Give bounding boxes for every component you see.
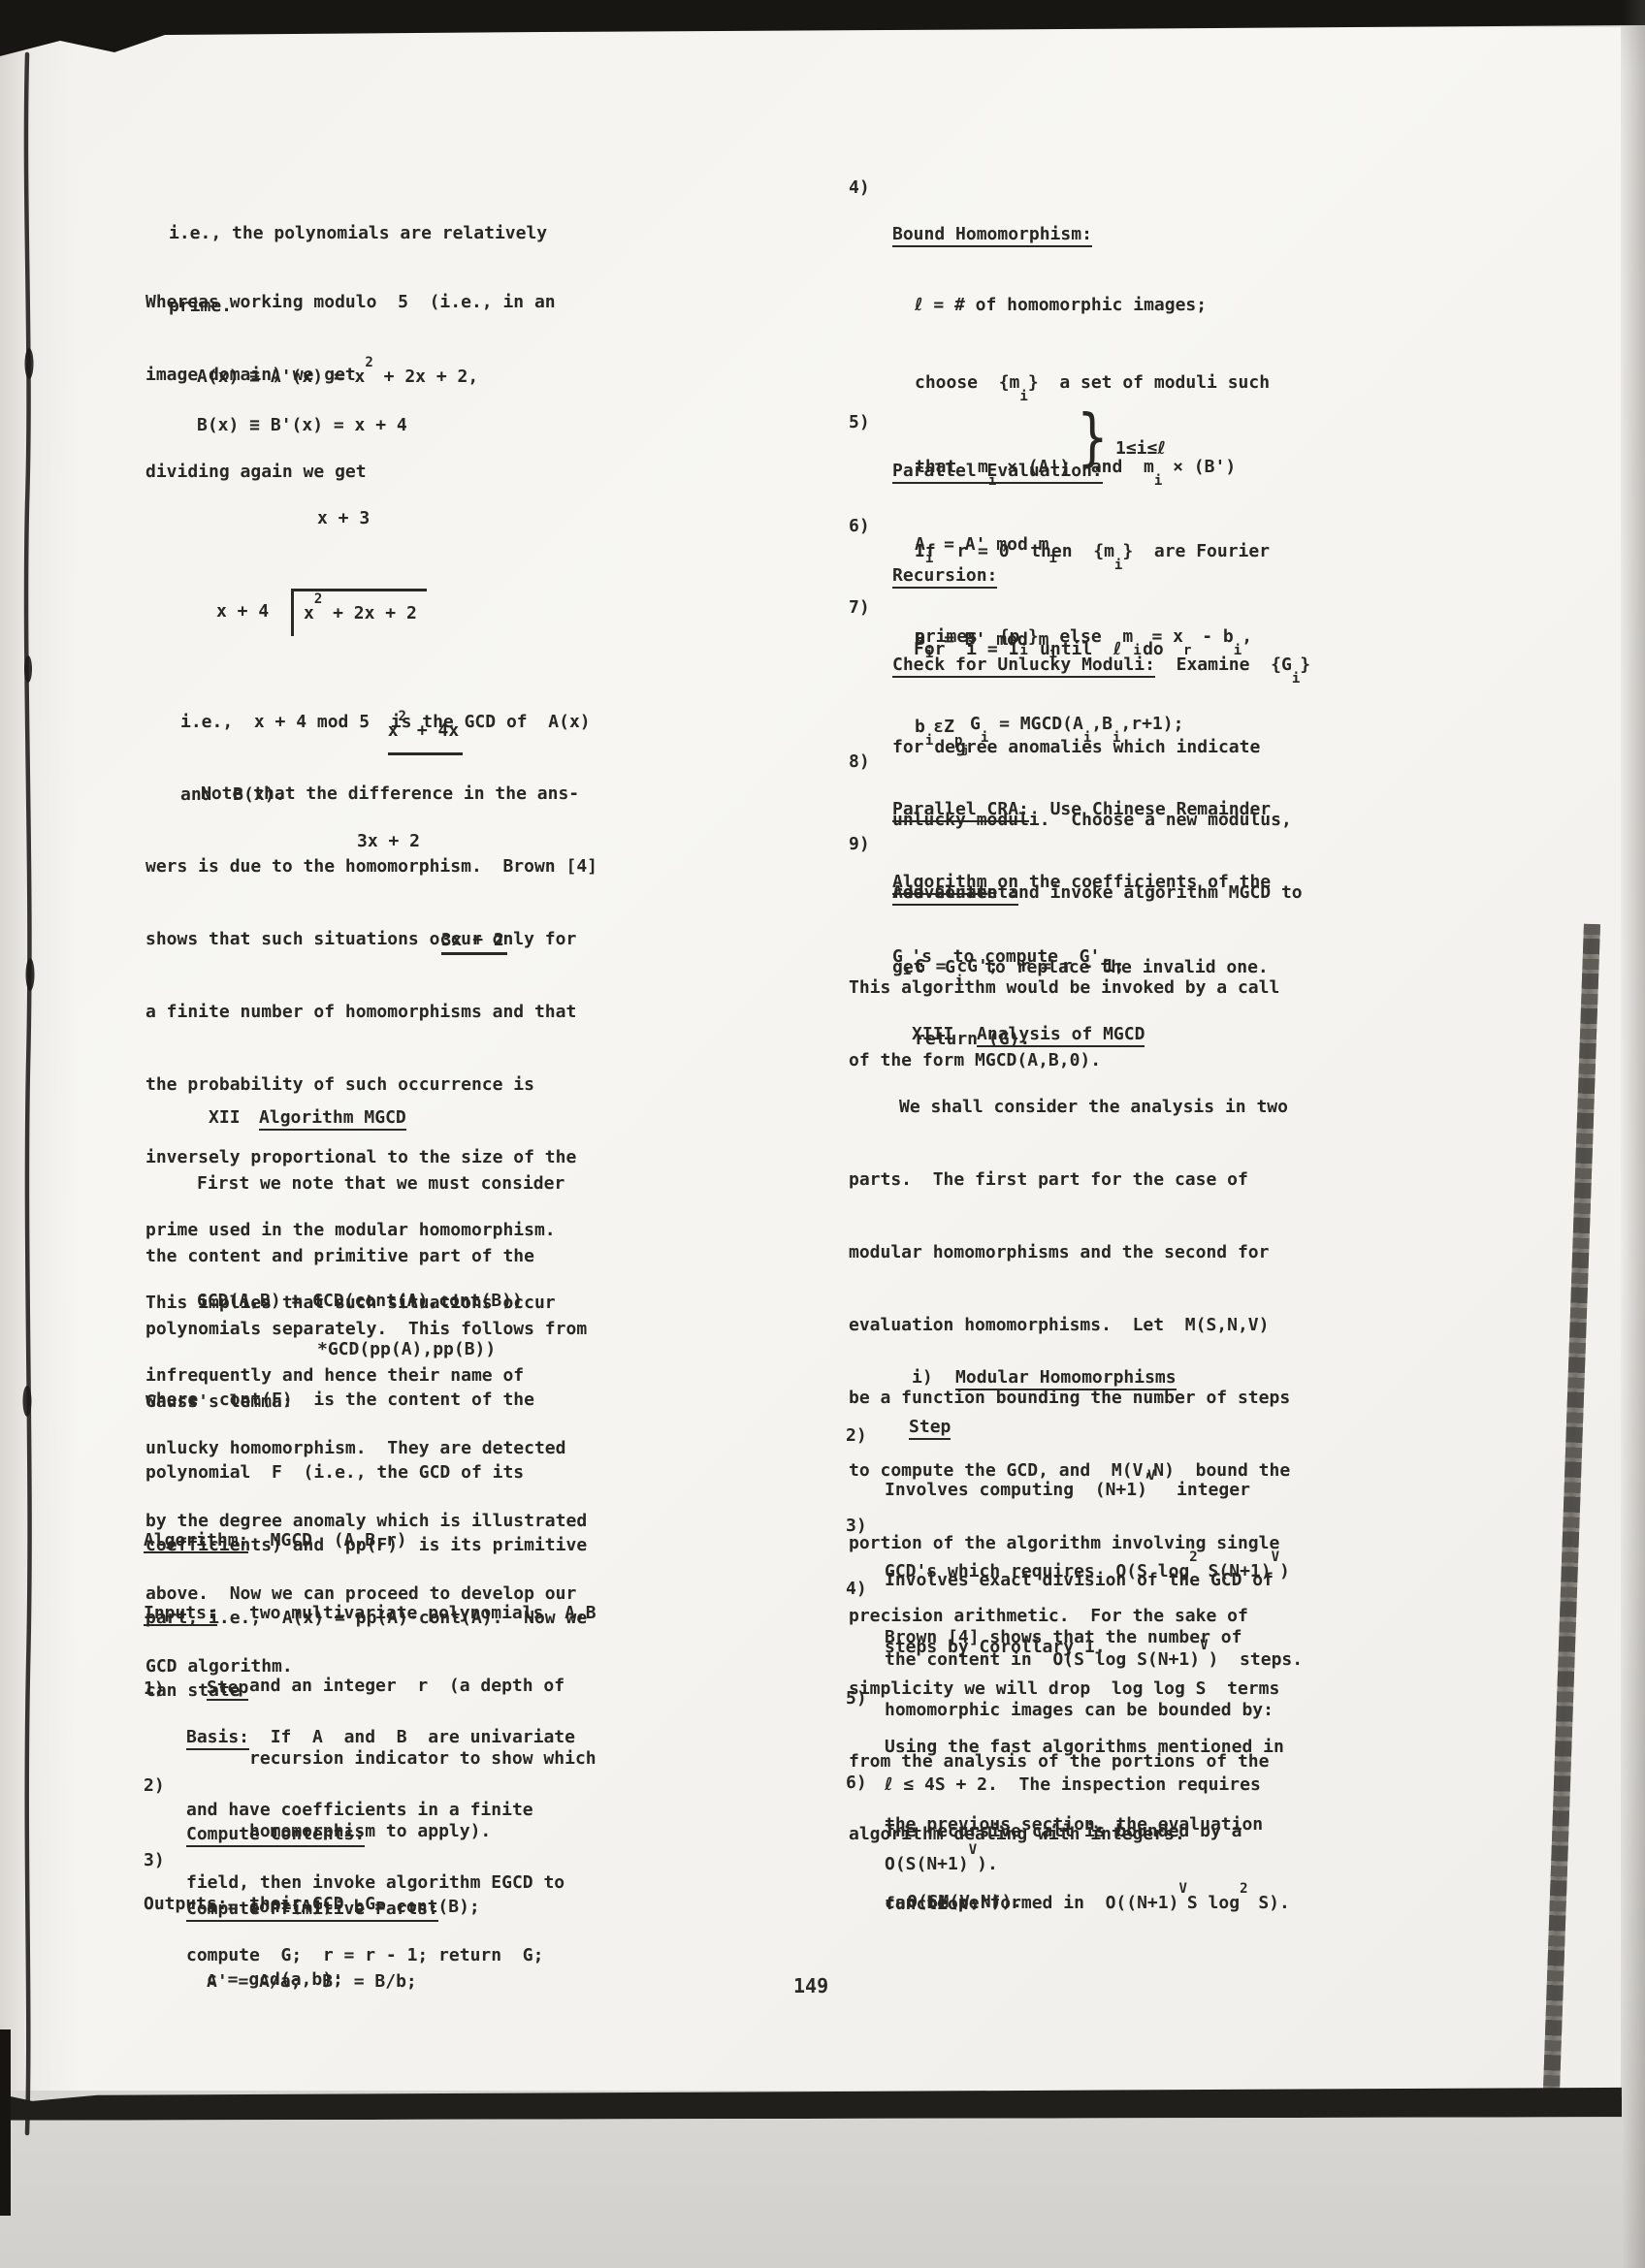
item-title: Parallel CRA:: [892, 799, 1029, 822]
text-line: First we note that we must consider: [145, 1171, 587, 1196]
section-title: Analysis of MGCD: [977, 1024, 1145, 1047]
step-3-compute-primitive-parts: 3) Compute Primitive Parts: A' = A/a; B'…: [144, 1848, 438, 2042]
step-label-line: Compute Primitive Parts:: [186, 1897, 438, 1921]
item-title-line: Add Content:: [892, 880, 1125, 906]
right-column: 4) Bound Homomorphism: ℓ = # of homomorp…: [849, 0, 1450, 897]
inputs-label: Inputs:: [144, 1603, 217, 1626]
grouping-brace: }: [1077, 410, 1109, 466]
final-bound: O(SM(V,N)).: [907, 1841, 1022, 1963]
item-title-line: Parallel CRA: Use Chinese Remainder: [892, 798, 1271, 821]
text-line: Brown [4] shows that the number of: [885, 1625, 1274, 1649]
text-line: evaluation homomorphisms. Let M(S,N,V): [849, 1313, 1290, 1337]
text-line: We shall consider the analysis in two: [849, 1095, 1290, 1119]
text-line: i.e., x + 4 mod 5 is the GCD of A(x): [180, 710, 591, 734]
text-line: Note that the difference in the ans-: [145, 782, 597, 806]
text-line: Examine {Gi}: [1155, 655, 1310, 675]
text-line: Using the fast algorithms mentioned in: [885, 1735, 1290, 1759]
item-title-line: Recursion:: [892, 562, 1183, 589]
algorithm-value: MGCD (A,B,r): [249, 1530, 407, 1550]
scan-left-bottom-bar: [0, 2029, 11, 2216]
text-line: wers is due to the homomorphism. Brown […: [145, 854, 597, 878]
text-line: modular homomorphisms and the second for: [849, 1240, 1290, 1264]
scan-right-shadow: [1622, 0, 1645, 2268]
text-line: Involves computing (N+1)V integer: [885, 1472, 1290, 1509]
step-number: 3): [144, 1848, 186, 2042]
text-line: This algorithm would be invoked by a cal…: [849, 975, 1279, 1000]
division-dividend: x2 + 2x + 2: [291, 589, 427, 636]
algorithm-label: Algorithm:: [144, 1530, 248, 1553]
index-range: 1≤i≤ℓ: [1115, 436, 1166, 461]
item-title: Parallel Evaluation:: [892, 461, 1103, 484]
analysis-step-6: 6) The recursive call is bounded by a fu…: [846, 1771, 1242, 1965]
item-title-line: Check for Unlucky Moduli: Examine {Gi}: [892, 644, 1310, 687]
step-label: Compute Contents:: [186, 1824, 365, 1847]
item-number: 6): [846, 1771, 885, 1965]
text-line: Use Chinese Remainder: [1029, 799, 1271, 819]
step-label: Basis:: [186, 1727, 249, 1750]
item-title-line: Bound Homomorphism:: [892, 224, 1270, 245]
text-line: If A and B are univariate: [249, 1727, 575, 1747]
algorithm-name-line: Algorithm: MGCD (A,B,r): [144, 1528, 597, 1552]
scanned-paper-page: i.e., the polynomials are relatively pri…: [0, 0, 1645, 2268]
text-line: O(SM(V,N)).: [907, 1890, 1022, 1914]
step-label-line: Basis: If A and B are univariate: [186, 1725, 575, 1749]
item-title: Recursion:: [892, 565, 997, 589]
inputs-value: two multivariate polynomials A,B: [249, 1603, 597, 1623]
text-line: A' = A/a; B' = B/b;: [186, 1969, 438, 1994]
text-line: Whereas working modulo 5 (i.e., in an: [145, 290, 556, 314]
left-column: i.e., the polynomials are relatively pri…: [145, 0, 650, 945]
step-label-line: Compute Contents:: [186, 1822, 480, 1846]
division-quotient: x + 3: [317, 504, 507, 540]
item-title: Check for Unlucky Moduli:: [892, 655, 1155, 678]
text-line: shows that such situations occur only fo…: [145, 927, 597, 951]
text-line: choose {mi} a set of moduli such: [892, 366, 1270, 400]
scan-left-edge-line: [0, 0, 68, 2268]
item-title: Bound Homomorphism:: [892, 224, 1092, 247]
step-label: Compute Primitive Parts:: [186, 1899, 438, 1922]
item-title: Add Content:: [892, 882, 1018, 906]
text-line: parts. The first part for the case of: [849, 1167, 1290, 1192]
text-line: ℓ = # of homomorphic images;: [892, 294, 1270, 317]
text-line: where cont(F) is the content of the: [145, 1388, 587, 1412]
item-title-line: Parallel Evaluation:: [892, 459, 1103, 483]
inputs-line: Inputs:two multivariate polynomials A,B: [144, 1601, 597, 1625]
text-line: a finite number of homomorphisms and tha…: [145, 1000, 597, 1024]
page-number: 149: [793, 1974, 828, 1997]
heading-number: i): [912, 1365, 955, 1390]
heading-title: Modular Homomorphisms: [955, 1367, 1177, 1390]
section-number: XIII: [912, 1022, 977, 1046]
text-line: The recursive call is bounded by a: [885, 1819, 1242, 1843]
division-row: x + 4x2 + 2x + 2: [216, 589, 507, 636]
division-divisor: x + 4: [216, 589, 291, 636]
